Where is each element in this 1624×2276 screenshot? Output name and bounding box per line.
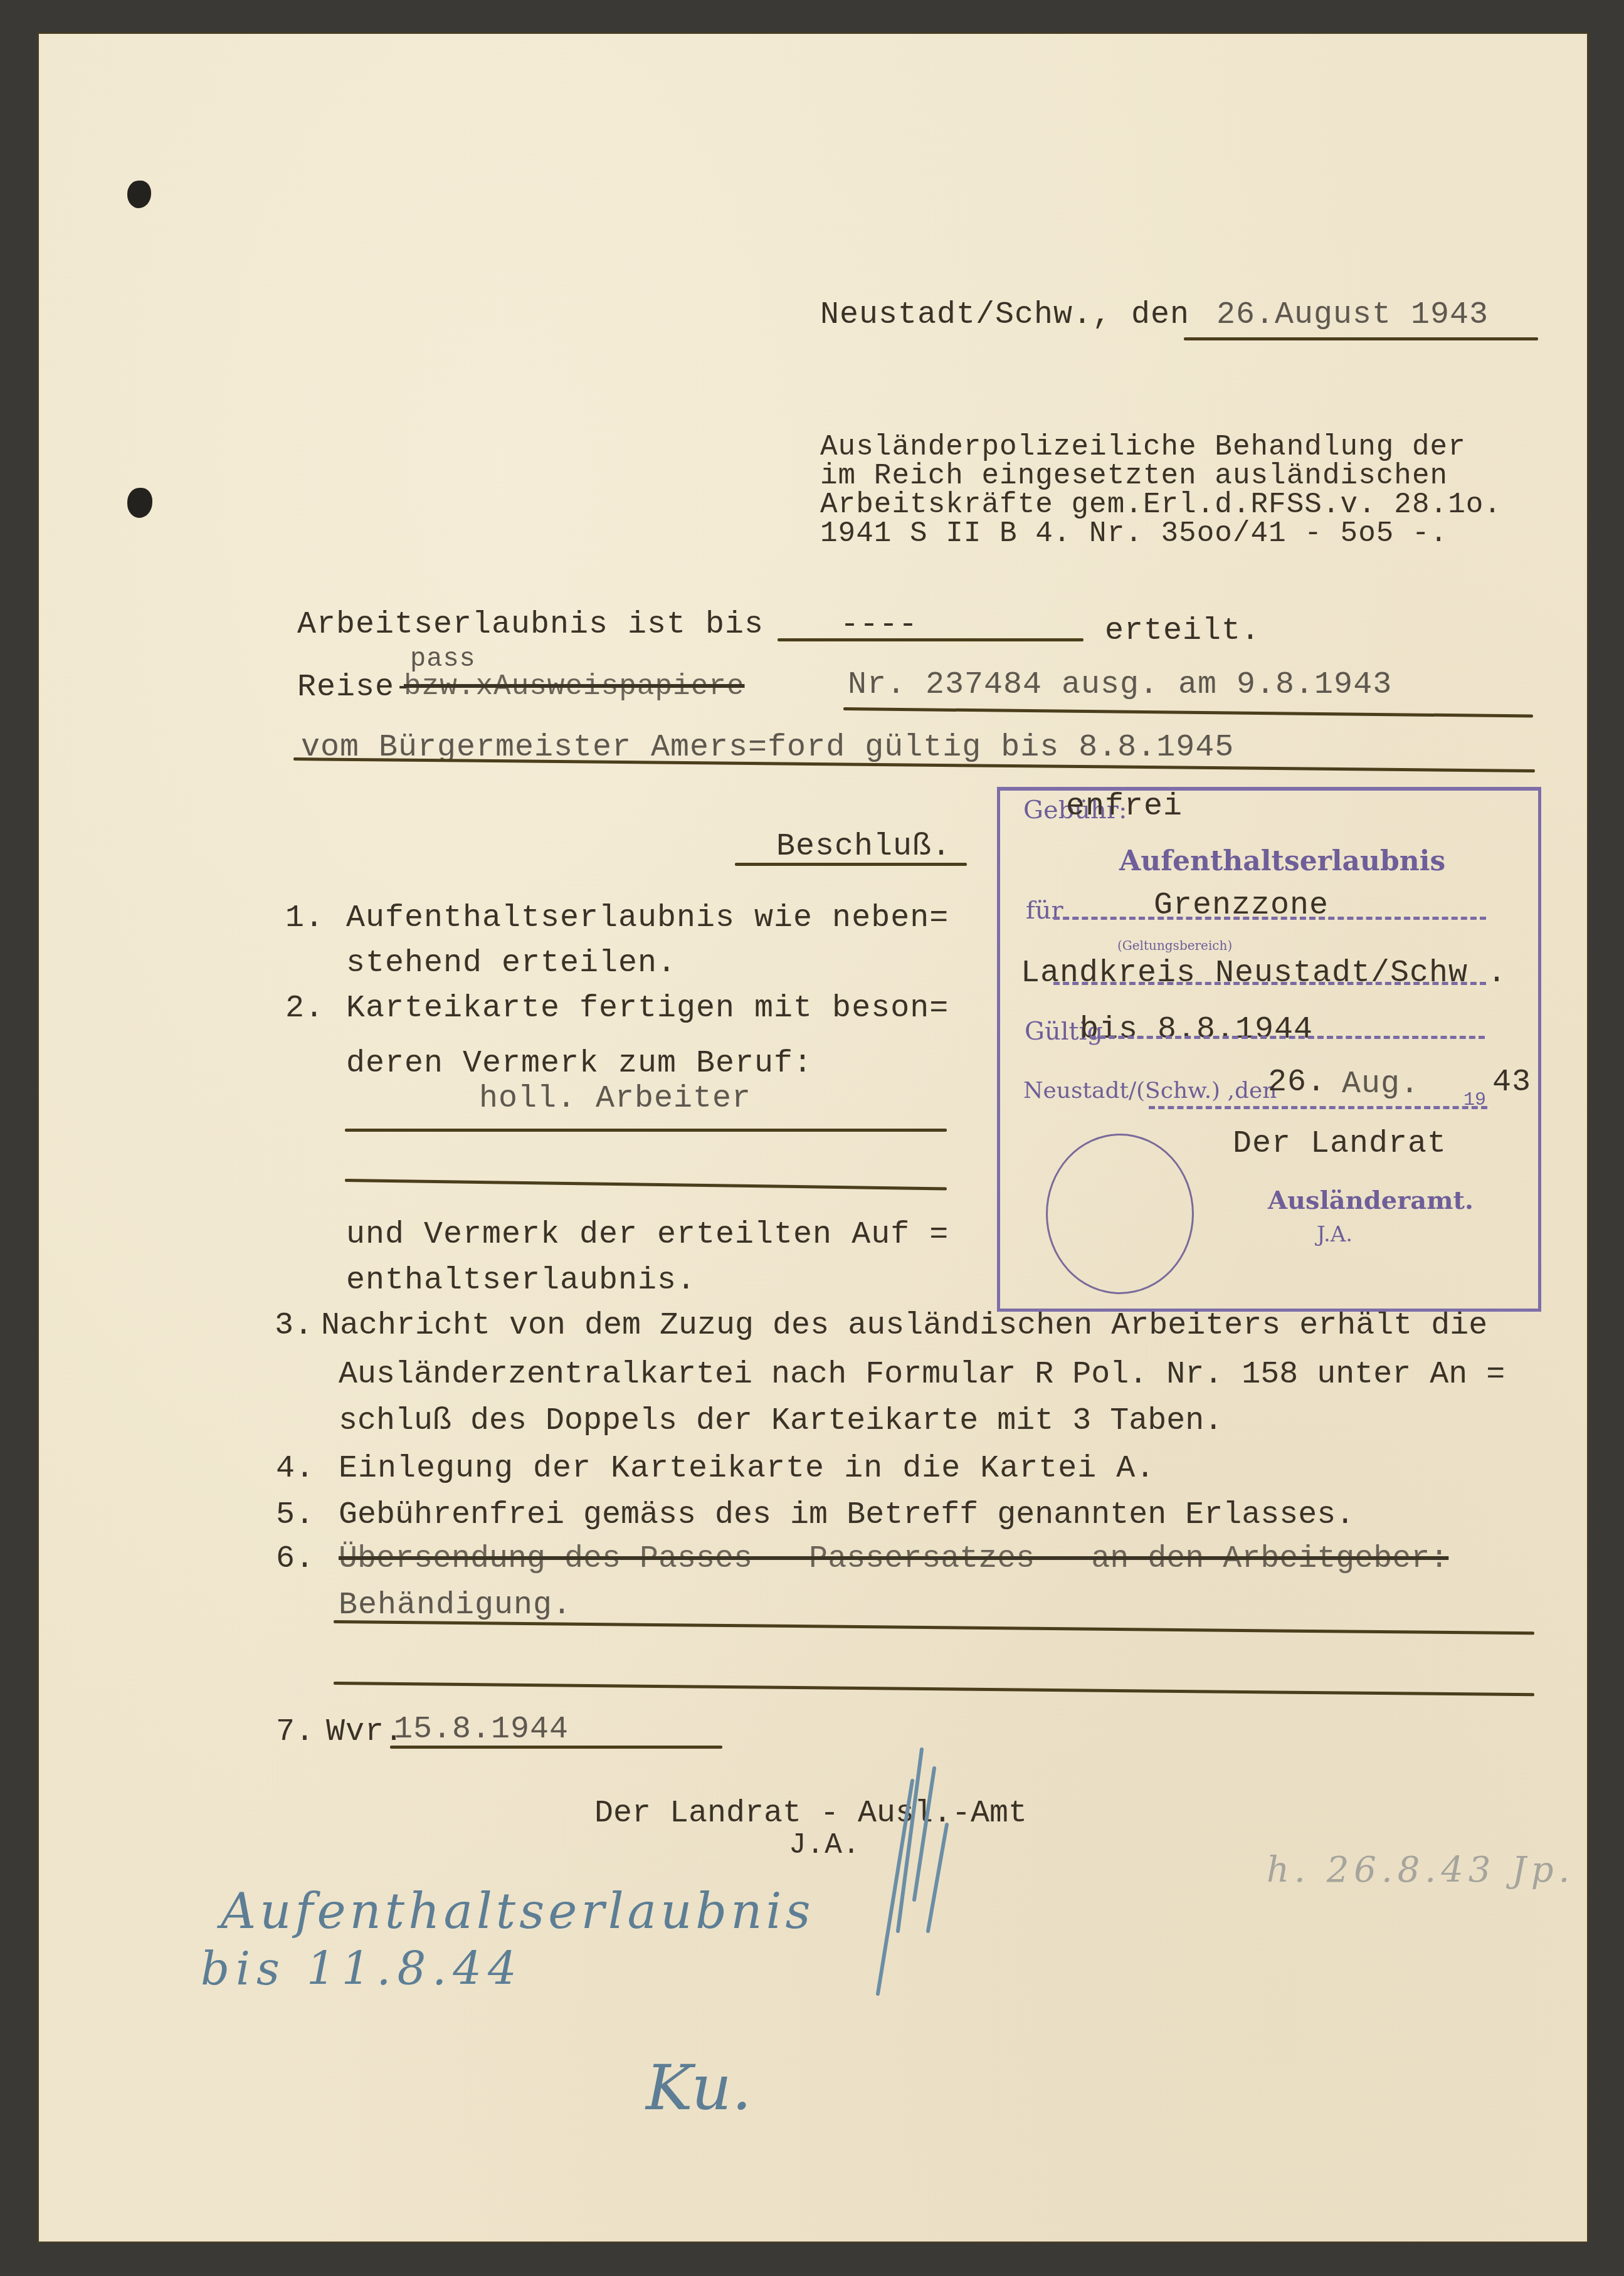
stamp-title: Aufenthaltserlaubnis (1119, 848, 1445, 875)
decision-item-struck: Übersendung des Passes - Passersatzes - … (339, 1544, 1448, 1575)
decision-item-number: 7. (276, 1717, 315, 1748)
stamp-office: Ausländeramt. (1268, 1188, 1474, 1213)
header-place: Neustadt/Schw., den (820, 300, 1189, 331)
decision-item-line: Karteikarte fertigen mit beson= (346, 993, 949, 1025)
decision-item-line: Aufenthaltserlaubnis wie neben= (346, 903, 949, 934)
decision-item-line: enthaltserlaubnis. (346, 1265, 696, 1297)
stamp-scope-caption: (Geltungsbereich) (1117, 939, 1232, 952)
stamp-fee-value: enfrei (1066, 791, 1183, 823)
decision-item-line: Einlegung der Karteikarte in die Kartei … (339, 1453, 1155, 1485)
decision-item-number: 5. (276, 1500, 315, 1531)
travel-doc-number: Nr. 237484 ausg. am 9.8.1943 (848, 670, 1392, 701)
work-permit-underline (778, 638, 1084, 641)
decision-item-line: Gebührenfrei gemäss des im Betreff genan… (339, 1500, 1354, 1531)
decision-item-number: 2. (285, 993, 324, 1025)
stamp-authority: Der Landrat (1233, 1129, 1447, 1160)
decision-item-number: 4. (276, 1453, 315, 1485)
travel-doc-struck: bzw.xAusweispapiere (404, 672, 745, 701)
stamp-area-line (1053, 982, 1486, 985)
work-permit-value: ---- (840, 609, 918, 641)
decision-item-number: 3. (275, 1310, 314, 1342)
stamp-valid-value: bis 8.8.1944 (1080, 1014, 1313, 1046)
handwritten-note-line2: bis 11.8.44 (201, 1946, 523, 1991)
stamp-for-line (1053, 917, 1486, 920)
decision-item-line: Nachricht von dem Zuzug des ausländische… (321, 1310, 1487, 1342)
header-date: 26.August 1943 (1216, 300, 1489, 331)
resubmission-label: Wvr. (326, 1717, 404, 1748)
stamp-valid-line (1090, 1036, 1485, 1039)
subject-line: Ausländerpolizeiliche Behandlung der (820, 433, 1466, 461)
stamp-by-order: J.A. (1317, 1224, 1352, 1245)
stamp-place-label: Neustadt/(Schw.) ,den (1023, 1080, 1277, 1102)
decision-item-number: 1. (285, 903, 324, 934)
resubmission-underline (390, 1746, 722, 1749)
decision-item-underline (345, 1129, 947, 1132)
decision-item-fill: holl. Arbeiter (479, 1083, 751, 1115)
subject-line: im Reich eingesetzten ausländischen (820, 461, 1448, 490)
resubmission-date: 15.8.1944 (394, 1714, 569, 1746)
subject-line: Arbeitskräfte gem.Erl.d.RFSS.v. 28.1o. (820, 490, 1502, 519)
handwritten-note-line1: Aufenthaltserlaubnis (221, 1887, 815, 1936)
signature-by-order: J.A. (789, 1831, 860, 1860)
pencil-note: h. 26.8.43 Jp. (1267, 1853, 1574, 1888)
decision-item-number: 6. (276, 1544, 315, 1575)
work-permit-label: Arbeitserlaubnis ist bis (297, 609, 764, 641)
stamp-day: 26. (1268, 1067, 1326, 1098)
decision-item-line: und Vermerk der erteilten Auf = (346, 1220, 949, 1251)
decision-item-line: deren Vermerk zum Beruf: (346, 1048, 813, 1080)
stamp-month: Aug. (1342, 1069, 1420, 1100)
signature-authority: Der Landrat - Ausl.-Amt (594, 1798, 1027, 1830)
signature-icon (853, 1743, 953, 2006)
travel-doc-insertion: pass (410, 646, 476, 672)
decision-item-fill: Behändigung. (339, 1590, 572, 1621)
decision-item-line: Ausländerzentralkartei nach Formular R P… (339, 1359, 1505, 1391)
header-date-underline (1184, 337, 1538, 340)
decision-title: Beschluß. (776, 831, 951, 863)
travel-doc-prefix: Reise- (297, 672, 414, 703)
stamp-year: 43 (1492, 1067, 1531, 1098)
subject-line: 1941 S II B 4. Nr. 35oo/41 - 5o5 -. (820, 519, 1448, 548)
decision-item-line: schluß des Doppels der Karteikarte mit 3… (339, 1406, 1223, 1437)
work-permit-suffix: erteilt. (1105, 616, 1260, 647)
stamp-seal-circle (1046, 1134, 1194, 1294)
handwritten-initials: Ku. (646, 2057, 752, 2119)
stamp-date-line (1149, 1106, 1487, 1109)
decision-title-underline (735, 863, 967, 866)
decision-item-line: stehend erteilen. (346, 948, 677, 979)
